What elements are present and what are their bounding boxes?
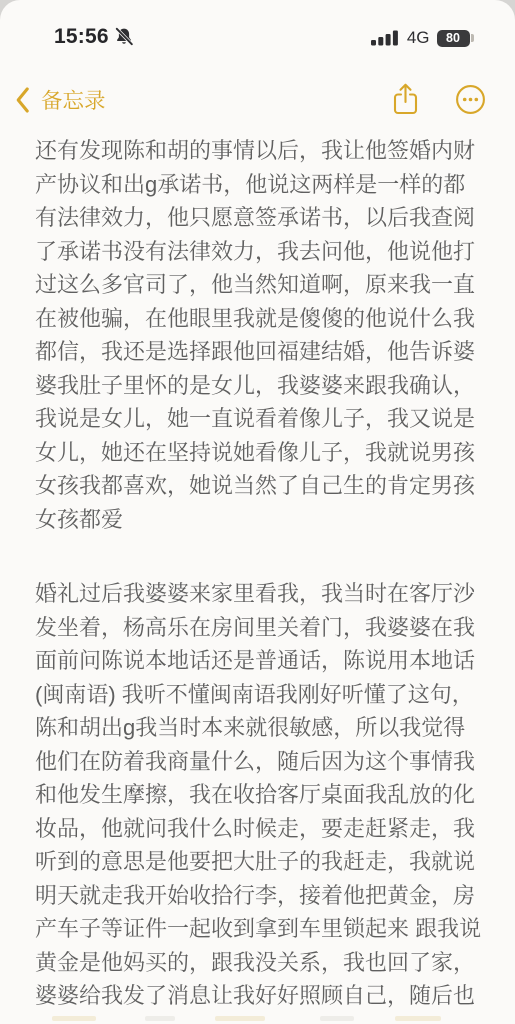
share-button[interactable]	[391, 82, 420, 116]
notes-app-screen: 15:56 4G 80	[0, 0, 515, 1024]
note-content[interactable]: 还有发现陈和胡的事情以后，我让他签婚内财 产协议和出g承诺书，他说这两样是一样的…	[35, 134, 487, 1013]
cutoff-next-line-fragment	[52, 1016, 96, 1021]
cellular-signal-icon	[371, 30, 400, 46]
battery-icon: 80	[437, 30, 475, 47]
share-icon	[391, 82, 420, 116]
battery-nub	[471, 34, 474, 42]
cutoff-next-line-fragment	[215, 1016, 265, 1021]
nav-actions	[391, 82, 486, 116]
back-button[interactable]: 备忘录	[15, 84, 106, 115]
bell-slash-icon	[114, 27, 134, 47]
cutoff-next-line-fragment	[145, 1016, 175, 1021]
chevron-left-icon	[15, 86, 30, 114]
ellipsis-circle-icon	[455, 84, 486, 115]
status-time: 15:56	[54, 25, 109, 49]
battery-percent: 80	[437, 30, 470, 47]
status-bar: 15:56 4G 80	[0, 0, 515, 64]
status-bar-right: 4G 80	[371, 28, 474, 48]
cutoff-next-line-fragment	[395, 1016, 441, 1021]
back-label: 备忘录	[41, 84, 106, 115]
cutoff-next-line	[0, 1012, 515, 1024]
more-button[interactable]	[455, 84, 486, 115]
cutoff-next-line-fragment	[320, 1016, 354, 1021]
note-paragraph-1: 还有发现陈和胡的事情以后，我让他签婚内财 产协议和出g承诺书，他说这两样是一样的…	[35, 134, 487, 536]
status-bar-left: 15:56	[54, 25, 134, 49]
network-type-label: 4G	[407, 28, 430, 48]
note-paragraph-2: 婚礼过后我婆婆来家里看我，我当时在客厅沙 发坐着，杨高乐在房间里关着门，我婆婆在…	[35, 577, 487, 1013]
nav-bar: 备忘录	[0, 78, 515, 126]
